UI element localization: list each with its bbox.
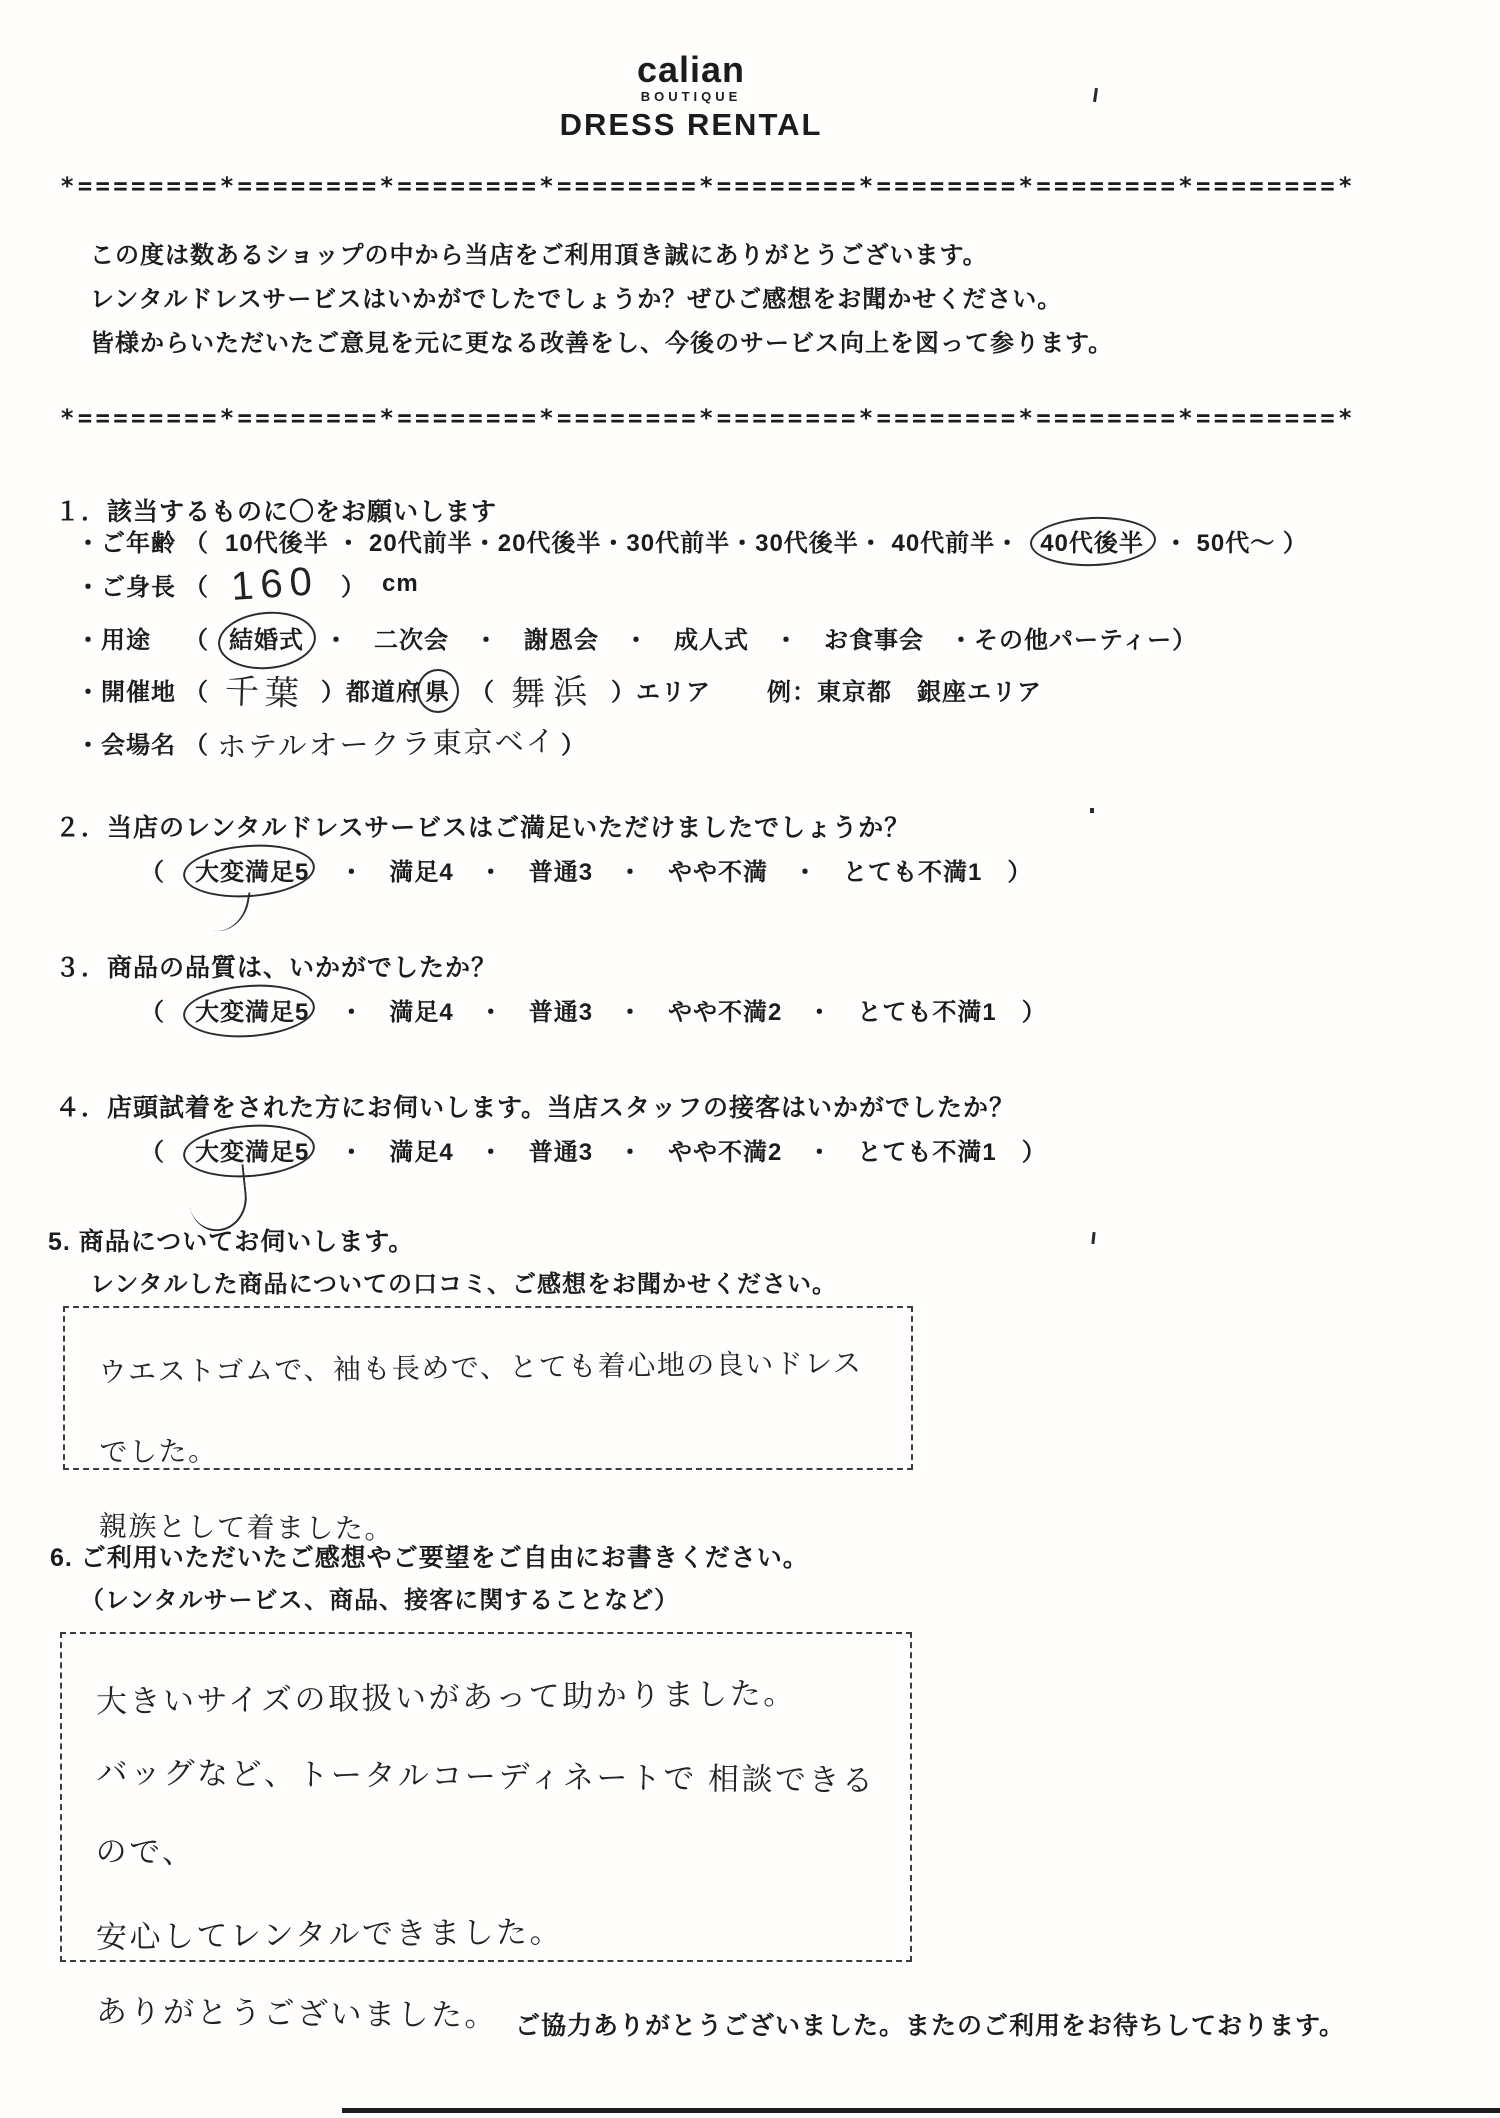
q6-answer-line-3: 安心してレンタルできました。 (96, 1892, 564, 1977)
prefecture-circled-suffix: 県 (421, 672, 454, 707)
brand-logo-subtitle: BOUTIQUE (0, 89, 1382, 104)
divider-top: *========*========*========*========*===… (60, 172, 1360, 200)
q5-answer-line-1: ウエストゴムで、袖も長めで、とても着心地の良いドレスでした。 (98, 1323, 878, 1492)
area-handwritten-value: 舞浜 (494, 662, 612, 715)
form-title: DRESS RENTAL (0, 107, 1382, 143)
scan-artifact-mark (1090, 808, 1094, 813)
place-open-paren-1: （ (184, 672, 209, 707)
q6-heading: 6. ご利用いただいたご感想やご要望をご自由にお書きください。 (50, 1538, 809, 1574)
q4-options-row: （ 大変満足5 ・ 満足4 ・ 普通3 ・ やや不満2 ・ とても不満1 ） (140, 1128, 1047, 1170)
height-label: ・ご身長 (76, 567, 184, 602)
q1-height-row: ・ご身長 （ 160 ） cm (76, 556, 419, 612)
place-example: 例：東京都 銀座エリア (767, 672, 1042, 707)
q1-venue-row: ・会場名 （ ホテルオークラ東京ベイ ） (76, 714, 586, 770)
intro-line-3: 皆様からいただいたご意見を元に更なる改善をし、今後のサービス向上を図って参ります… (90, 322, 1113, 366)
q2-heading: ２．当店のレンタルドレスサービスはご満足いただけましたでしょうか？ (55, 808, 910, 844)
height-handwritten-value: 160 (208, 557, 343, 611)
footer-thanks-text: ご協力ありがとうございました。またのご利用をお待ちしております。 (515, 2006, 1345, 2042)
purpose-circled-option: 結婚式 (225, 620, 308, 655)
q2-open-paren: （ (140, 852, 165, 887)
place-label: ・開催地 (76, 672, 184, 707)
scan-edge-bar (342, 2108, 1500, 2113)
height-close-paren: ） (341, 567, 366, 602)
q6-answer-box: 大きいサイズの取扱いがあって助かりました。 バッグなど、トータルコーディネートで… (60, 1632, 912, 1962)
venue-handwritten-value: ホテルオークラ東京ベイ (209, 718, 562, 765)
q2-options-row: （ 大変満足5 ・ 満足4 ・ 普通3 ・ やや不満 ・ とても不満1 ） (140, 848, 1032, 890)
age-label: ・ご年齢 (76, 523, 184, 558)
q6-answer-line-4: ありがとうございました。 (96, 1972, 499, 2055)
divider-bottom: *========*========*========*========*===… (60, 404, 1360, 432)
q2-circled-label: 大変満足5 (195, 859, 309, 886)
q1-purpose-row: ・用途 （ 結婚式 ・ 二次会 ・ 謝恩会 ・ 成人式 ・ お食事会 ・その他パ… (76, 616, 1197, 658)
intro-line-1: この度は数あるショップの中から当店をご利用頂き誠にありがとうございます。 (90, 234, 1113, 278)
intro-line-2: レンタルドレスサービスはいかがでしたでしょうか？ぜひご感想をお聞かせください。 (90, 278, 1113, 322)
q4-circled-option: 大変満足5 (191, 1132, 313, 1167)
height-unit: cm (382, 570, 419, 598)
q3-options-row: （ 大変満足5 ・ 満足4 ・ 普通3 ・ やや不満2 ・ とても不満1 ） (140, 988, 1047, 1030)
place-close-paren-1: ） (321, 672, 346, 707)
purpose-label: ・用途 (76, 620, 184, 655)
q5-subheading: レンタルした商品についての口コミ、ご感想をお聞かせください。 (90, 1264, 837, 1299)
prefecture-circled-char: 県 (425, 679, 450, 706)
q2-circled-option: 大変満足5 (191, 852, 313, 887)
purpose-open-paren: （ (184, 620, 209, 655)
prefecture-label-before: 都道府 (346, 672, 421, 707)
prefecture-handwritten-value: 千葉 (208, 663, 322, 716)
q3-options-rest: ・ 満足4 ・ 普通3 ・ やや不満2 ・ とても不満1 ） (339, 992, 1046, 1027)
brand-logo: calian (0, 52, 1382, 88)
place-close-paren-2: ） (611, 672, 636, 707)
venue-close-paren: ） (561, 725, 586, 760)
q2-options-rest: ・ 満足4 ・ 普通3 ・ やや不満 ・ とても不満1 ） (339, 852, 1032, 887)
purpose-options-after: ・ 二次会 ・ 謝恩会 ・ 成人式 ・ お食事会 ・その他パーティー） (324, 620, 1197, 655)
purpose-circled-label: 結婚式 (229, 627, 304, 654)
q5-heading: 5. 商品についてお伺いします。 (48, 1222, 414, 1258)
q1-place-row: ・開催地 （ 千葉 ） 都道府 県 （ 舞浜 ） エリア 例：東京都 銀座エリア (76, 658, 1042, 720)
q4-circled-label: 大変満足5 (195, 1139, 309, 1166)
venue-open-paren: （ (184, 725, 209, 760)
header: calian BOUTIQUE DRESS RENTAL (0, 52, 1382, 143)
q1-age-row: ・ご年齢 （ 10代後半 ・ 20代前半・20代後半・30代前半・30代後半・ … (76, 522, 1308, 558)
q3-circled-option: 大変満足5 (191, 992, 313, 1027)
age-options-after: ・ 50代～ ） (1164, 523, 1308, 558)
q6-answer-line-2: バッグなど、トータルコーディネートで 相談できるので、 (95, 1733, 877, 1899)
age-options-before: 10代後半 ・ 20代前半・20代後半・30代前半・30代後半・ 40代前半・ (225, 523, 1020, 558)
intro-paragraph: この度は数あるショップの中から当店をご利用頂き誠にありがとうございます。 レンタ… (90, 234, 1113, 366)
q5-answer-box: ウエストゴムで、袖も長めで、とても着心地の良いドレスでした。 親族として着ました… (63, 1306, 913, 1470)
q3-circled-label: 大変満足5 (195, 999, 309, 1026)
venue-label: ・会場名 (76, 725, 184, 760)
scan-artifact-mark (1091, 1232, 1095, 1244)
q6-answer-line-1: 大きいサイズの取扱いがあって助かりました。 (96, 1654, 798, 1742)
place-open-paren-2: （ (470, 672, 495, 707)
q6-subheading: （レンタルサービス、商品、接客に関することなど） (80, 1580, 679, 1615)
q4-options-rest: ・ 満足4 ・ 普通3 ・ やや不満2 ・ とても不満1 ） (339, 1132, 1046, 1167)
q4-open-paren: （ (140, 1132, 165, 1167)
q3-heading: ３．商品の品質は、いかがでしたか？ (55, 948, 497, 984)
height-open-paren: （ (184, 567, 209, 602)
q4-heading: ４．店頭試着をされた方にお伺いします。当店スタッフの接客はいかがでしたか？ (55, 1088, 1015, 1124)
q3-open-paren: （ (140, 992, 165, 1027)
area-label: エリア (636, 672, 711, 707)
scanned-survey-page: calian BOUTIQUE DRESS RENTAL *========*=… (0, 0, 1500, 2118)
age-open-paren: （ (184, 523, 209, 558)
age-circled-option: 40代後半 (1036, 523, 1148, 558)
age-circled-label: 40代後半 (1040, 530, 1144, 557)
